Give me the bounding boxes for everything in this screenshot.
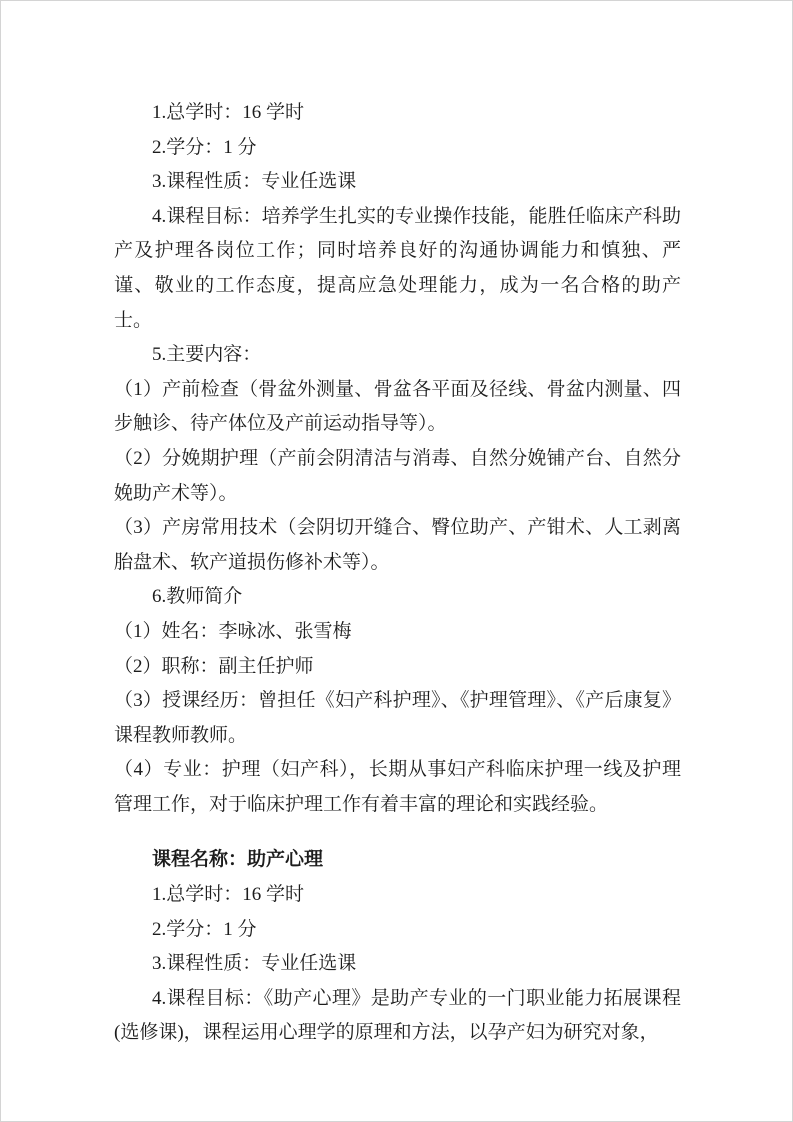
para-content-item-1: （1）产前检查（骨盆外测量、骨盆各平面及径线、骨盆内测量、四步触诊、待产体位及产… — [114, 373, 681, 442]
para2-course-objective: 4.课程目标：《助产心理》是助产专业的一门职业能力拓展课程(选修课)，课程运用心… — [114, 982, 681, 1051]
para-total-hours: 1.总学时：16 学时 — [114, 96, 681, 131]
para2-credits: 2.学分：1 分 — [114, 913, 681, 948]
para-course-nature: 3.课程性质：专业任选课 — [114, 165, 681, 200]
para-credits: 2.学分：1 分 — [114, 131, 681, 166]
document-page: 1.总学时：16 学时 2.学分：1 分 3.课程性质：专业任选课 4.课程目标… — [0, 0, 793, 1122]
para-teacher-name: （1）姓名：李咏冰、张雪梅 — [114, 615, 681, 650]
para-teacher-intro-label: 6.教师简介 — [114, 580, 681, 615]
para-content-item-2: （2）分娩期护理（产前会阴清洁与消毒、自然分娩铺产台、自然分娩助产术等）。 — [114, 442, 681, 511]
para-teacher-specialty: （4）专业：护理（妇产科），长期从事妇产科临床护理一线及护理管理工作，对于临床护… — [114, 753, 681, 822]
para-teacher-title: （2）职称：副主任护师 — [114, 650, 681, 685]
section-heading-course-name: 课程名称：助产心理 — [114, 843, 681, 878]
para-content-item-3: （3）产房常用技术（会阴切开缝合、臀位助产、产钳术、人工剥离胎盘术、软产道损伤修… — [114, 511, 681, 580]
para-main-content-label: 5.主要内容： — [114, 338, 681, 373]
document-body: 1.总学时：16 学时 2.学分：1 分 3.课程性质：专业任选课 4.课程目标… — [114, 96, 681, 1051]
para-course-objective: 4.课程目标：培养学生扎实的专业操作技能，能胜任临床产科助产及护理各岗位工作；同… — [114, 200, 681, 338]
para-teacher-experience: （3）授课经历：曾担任《妇产科护理》、《护理管理》、《产后康复》课程教师教师。 — [114, 684, 681, 753]
para2-total-hours: 1.总学时：16 学时 — [114, 878, 681, 913]
para2-course-nature: 3.课程性质：专业任选课 — [114, 947, 681, 982]
